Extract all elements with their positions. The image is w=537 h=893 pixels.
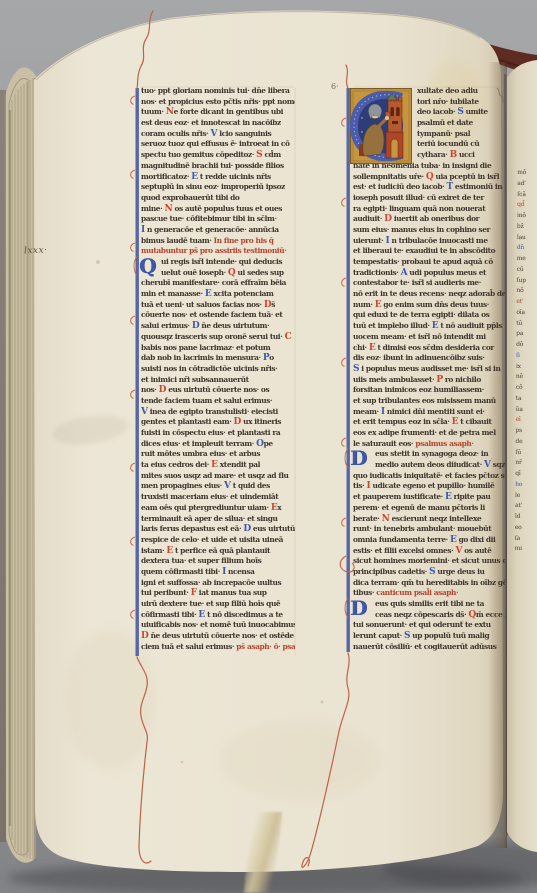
text-segment: septuplū in sinu eoz· improperiū ipsoz — [141, 182, 285, 191]
text-line: uiuificabis nos· et nomē tuū inuocabimus… — [141, 620, 295, 631]
plinth-door — [391, 139, 398, 158]
text-segment: pe — [264, 439, 273, 448]
versal-initial: D — [384, 214, 391, 224]
text-line: ui regis isr̄l intende· qui deducis — [141, 257, 295, 268]
versal-initial: D — [159, 385, 166, 395]
text-segment: babis nos pane lacrimaz· et potum — [141, 343, 270, 352]
text-segment: cythara· — [417, 150, 450, 159]
versal-initial: Q — [468, 610, 475, 620]
text-line: V inea de egipto transtulisti· eiecisti — [141, 407, 295, 418]
right-text-column: xultate deo adiutori nr̄o· iubilatedeo i… — [353, 86, 505, 652]
text-segment: contestabor te· isr̄l si audieris me· — [353, 278, 481, 287]
text-segment: xcita potenciam — [211, 289, 273, 298]
edge-text-fragment: lau — [517, 232, 537, 243]
text-segment: t perfice eā quā plantauit — [173, 546, 270, 555]
edge-text-fragment: nē — [516, 372, 537, 383]
text-line: fuisti in cōspectu eius· et plantasti ra — [141, 428, 295, 439]
text-segment: t redde uicinis nr̄is — [198, 172, 271, 181]
text-segment: ui sedes sup — [235, 268, 283, 277]
text-line: pascue tue· cōfitebimur tibi in sc̄lm· — [141, 214, 295, 225]
text-line: nos· et propicius esto pc̄tis nr̄is· ppt… — [141, 97, 295, 108]
edge-text-fragment: ſcā — [517, 189, 537, 200]
text-line: est· et iudiciū deo iacob· T estimoniū i… — [353, 182, 505, 193]
text-segment: nauerūt cōsiliū· et cogitauerūt adūsus — [353, 642, 496, 651]
text-segment: ra egipti· linguam quā non nouerat — [353, 204, 485, 213]
text-segment: deo iacob· — [417, 107, 457, 116]
edge-text-fragment: le — [515, 490, 536, 501]
text-line: dica terram· qm̄ tu hereditabis in oībz … — [353, 578, 505, 589]
text-line: bimus laudē tuam· In fine pro his q̄ — [141, 236, 295, 247]
text-line: eos ex adipe frumenti· et de petra mel — [353, 428, 505, 439]
text-line: et liberaui te· exaudiui te in abscōdito — [353, 246, 505, 257]
text-line: igni et suffossa· ab increpacōe uultus — [141, 578, 295, 589]
versal-initial: B — [450, 150, 457, 160]
versal-initial: V — [224, 481, 231, 491]
text-segment: uelut ouē ioseph· — [161, 268, 228, 277]
text-segment: cherubī manifestare· corā effraīm bēia — [141, 278, 286, 287]
text-line: et pauperem iustificate· E ripite pau — [353, 492, 505, 503]
text-segment: go dixi dii — [456, 535, 495, 544]
text-segment: ceas neqz cōpescaris ds̄· — [375, 610, 468, 619]
edge-text-fragment: mō — [517, 168, 537, 179]
text-segment: mortificatoz· — [141, 172, 191, 181]
edge-text-fragment: dn̄ — [517, 243, 537, 254]
text-line: mites suos usqz ad mare· et usqz ad flu — [141, 471, 295, 482]
text-segment: go enim sum dn̄s deus tuus· — [381, 300, 489, 309]
text-line: contestabor te· isr̄l si audieris me· — [353, 278, 505, 289]
text-segment: tuo· ppt gloriam nominis tui· dn̄e liber… — [141, 86, 290, 95]
text-segment: sum eius· manus eius in cophino ser — [353, 225, 490, 234]
text-segment: o — [269, 353, 274, 362]
text-line: quem cōfirmasti tibi· I ncensa — [141, 567, 295, 578]
edge-text-fragment: īd — [515, 512, 536, 523]
text-segment: n generacōe et generacōe· annūcia — [145, 225, 279, 234]
rubric-text: mutabuntur ps̄ pro assiriis testimoniū· — [141, 246, 286, 255]
text-segment: xultate deo adiu — [417, 86, 478, 95]
text-segment: tradictionis· — [353, 268, 401, 277]
text-segment: ucci — [457, 150, 475, 159]
text-segment: est deus eoz· et innotescat in nacōibz — [141, 118, 281, 127]
text-segment: estimoniū in — [453, 182, 503, 191]
text-segment: et inimici nr̄i subsannauerūt — [141, 375, 249, 384]
pen-initial-D: D — [350, 448, 370, 470]
text-segment: tis· — [353, 481, 367, 490]
text-line: omnia fundamenta terre· E go dixi dii — [353, 535, 505, 546]
text-line: et erit tempus eoz in sc̄la· E t cibauit — [353, 417, 505, 428]
text-line: tibus· canticum psal̄i asaph· — [353, 588, 505, 599]
text-segment: umite — [463, 107, 487, 116]
text-line: suisti nos in cōtradictōe uicinis nr̄is· — [141, 364, 295, 375]
text-segment: runt· in tenebris ambulant· mouebūt — [353, 524, 491, 533]
text-line: terminauit eā aper de silua· et singu — [141, 514, 295, 525]
text-line: qui eduxi te de terra egipti· dilata os — [353, 310, 505, 321]
versal-initial: V — [484, 460, 491, 470]
illuminated-initial-art — [350, 88, 412, 164]
text-segment: ciem tuā et salui erimus· — [141, 642, 236, 651]
text-segment: terminauit eā aper de silua· et singu — [141, 514, 277, 523]
edge-text-fragment: nō — [516, 286, 537, 297]
text-line: cōfirmasti tibi· E t nō discedimus a te — [141, 610, 295, 621]
text-line: et sup tribulantes eos misissem manū — [353, 396, 505, 407]
text-line: uiis meis ambulasset· P ro nichilo — [353, 375, 505, 386]
text-segment: chi· — [353, 343, 369, 352]
edge-text-fragment: oīa — [516, 308, 537, 319]
text-line: tis· I udicate egeno et pupillo· humilē — [353, 481, 505, 492]
text-line: tuā et ueni· ut saluos facias nos· Ds̄ — [141, 300, 295, 311]
text-segment: os autē — [462, 546, 491, 555]
text-segment: qui eduxi te de terra egipti· dilata os — [353, 310, 489, 319]
edge-text-fragment: cū — [517, 265, 537, 276]
text-segment: n tribulacōe inuocasti me — [389, 236, 487, 245]
edge-text-fragment: me — [517, 254, 537, 265]
text-line: le saturauit eos· psalmus asaph· — [353, 439, 505, 450]
text-segment: eus quis similis erit tibi ne ta — [375, 599, 484, 608]
text-line: quo iudicatis iniquitatē· et facies pc̄t… — [353, 471, 505, 482]
text-segment: magnitudinē brachii tui· posside filios — [141, 161, 284, 170]
text-segment: cd̄m — [262, 150, 280, 159]
text-segment: quo iudicatis iniquitatē· et facies pc̄t… — [353, 471, 505, 480]
text-segment: s̄ — [271, 300, 275, 309]
figure-hand — [385, 116, 389, 120]
text-segment: uia pceptū in isr̄l — [433, 172, 499, 181]
text-segment: dices eius· et impleuit terram· — [141, 439, 256, 448]
edge-text-fragment: qd̄ — [517, 200, 537, 211]
text-segment: ioseph posuit illud· cū exiret de ter — [353, 193, 484, 202]
edge-text-fragment: ſa — [515, 533, 536, 544]
text-segment: uocem meam· et isr̄l nō intendit mi — [353, 332, 486, 341]
edge-text-fragment: ſi — [516, 351, 537, 362]
text-line: laris ferus depastus est eā· D eus uirtu… — [141, 524, 295, 535]
edge-text-fragment: bz̄ — [517, 222, 537, 233]
text-line: et inimici nr̄i subsannauerūt — [141, 375, 295, 386]
text-segment: ux itineris — [241, 417, 281, 426]
text-line: coram oculis nr̄is· V lcio sanguinis — [141, 129, 295, 140]
edge-text-fragment: ũa — [516, 404, 537, 415]
text-segment: xtendit pal — [218, 460, 260, 469]
text-line: uelut ouē ioseph· Q ui sedes sup — [141, 268, 295, 279]
edge-text-fragment: ta — [516, 394, 537, 405]
text-segment: sqz — [491, 460, 505, 469]
text-line: audiuit· D iuertit ab oneribus dor — [353, 214, 505, 225]
text-segment: tympanū· psal — [417, 129, 470, 138]
text-segment: bimus laudē tuam· — [141, 236, 214, 245]
text-segment: tende faciem tuam et salui erimus· — [141, 396, 272, 405]
text-segment: meam· — [353, 407, 381, 416]
text-line: truxisti maceriam eius· et uindemiāt — [141, 492, 295, 503]
text-segment: mine· — [141, 204, 164, 213]
text-segment: audiuit· — [353, 214, 384, 223]
text-line: berate· N escierunt neqz intellexe — [353, 514, 505, 525]
rubric-text: In fine pro his q̄ — [214, 236, 274, 245]
versal-initial: D — [234, 417, 241, 427]
text-segment: quod exprobauerūt tibi do — [141, 193, 239, 202]
text-line: estis· et filii excelsi omnes· V os autē — [353, 546, 505, 557]
text-line: mortificatoz· E t redde uicinis nr̄is — [141, 172, 295, 183]
text-segment: x — [277, 503, 281, 512]
text-segment: omnia fundamenta terre· — [353, 535, 450, 544]
text-line: num· E go enim sum dn̄s deus tuus· — [353, 300, 505, 311]
text-segment: mites suos usqz ad mare· et usqz ad flu — [141, 471, 288, 480]
text-line: eus quis similis erit tibi ne ta — [353, 599, 505, 610]
text-segment: dextera tua· et super filium hoīs — [141, 556, 261, 565]
versal-initial: O — [256, 439, 263, 449]
edge-text-fragment: tū — [516, 318, 537, 329]
text-segment: medio autem deos diiudicat· — [375, 460, 484, 469]
text-segment: suisti nos in cōtradictōe uicinis nr̄is· — [141, 364, 277, 373]
text-line: septuplū in sinu eoz· improperiū ipsoz — [141, 182, 295, 193]
text-segment: et pauperem iustificate· — [353, 492, 445, 501]
text-segment: ta eius cedros dei· — [141, 460, 211, 469]
text-segment: ruit mōtes umbra eius· et arbus — [141, 449, 260, 458]
versal-initial: V — [141, 407, 148, 417]
edge-text-fragment: qī — [515, 469, 536, 480]
text-line: dices eius· et impleuit terram· Ope — [141, 439, 295, 450]
text-line: mine· N os autē populus tuus et oues — [141, 204, 295, 215]
text-segment: num· — [353, 300, 375, 309]
text-segment: quousqz irasceris sup oronē serui tui· — [141, 332, 285, 341]
text-line: cherubī manifestare· corā effraīm bēia — [141, 278, 295, 289]
text-line: dab nob in lacrimis in mensura· Po — [141, 353, 295, 364]
text-line: quousqz irasceris sup oronē serui tui· C — [141, 332, 295, 343]
text-line: sollempnitatis ur̄e· Q uia pceptū in isr… — [353, 172, 505, 183]
text-line: sum eius· manus eius in cophino ser — [353, 225, 505, 236]
text-segment: eus uirtutū — [251, 524, 295, 533]
text-segment: est· et iudiciū deo iacob· — [353, 182, 446, 191]
text-segment: perem· et egenū de manu pc̄toris li — [353, 503, 485, 512]
text-line: uierunt· I n tribulacōe inuocasti me — [353, 236, 505, 247]
text-segment: gentes et plantasti eam· — [141, 417, 234, 426]
text-segment: nō erit in te deus recens· neqz adorab̄ … — [353, 289, 505, 298]
text-line: sicut homines moriemini· et sicut unus d… — [353, 556, 505, 567]
page-text-layer: lxxx· 6· tuo· ppt gloriam nominis tui· d… — [0, 0, 537, 893]
text-line: tuū et implebo illud· E t nō audiuit pp̄… — [353, 321, 505, 332]
edge-text-fragment: ſup — [517, 275, 537, 286]
text-segment: uiuificabis nos· et nomē tuū inuocabimus… — [141, 620, 295, 629]
text-line: I n generacōe et generacōe· annūcia — [141, 225, 295, 236]
edge-text-fragment: ad' — [517, 179, 537, 190]
text-line: men propagines eius· V t quid des — [141, 481, 295, 492]
text-line: gentes et plantasti eam· D ux itineris — [141, 417, 295, 428]
facing-page-text-fragments: mōad'ſcāqd̄inōbz̄laudn̄mecūſupnōet'oīatū… — [515, 168, 537, 555]
edge-text-fragment: de — [515, 437, 536, 448]
versal-initial: C — [285, 332, 292, 342]
text-segment: principibus cadetis· — [353, 567, 429, 576]
edge-text-fragment: eo — [515, 523, 536, 534]
text-segment: ncensa — [226, 567, 255, 576]
edge-text-fragment: ps — [515, 426, 536, 437]
text-segment: men propagines eius· — [141, 481, 224, 490]
text-segment: eos ex adipe frumenti· et de petra mel — [353, 428, 496, 437]
text-segment: inea de egipto transtulisti· eiecisti — [148, 407, 278, 416]
text-segment: dica terram· qm̄ tu hereditabis in oībz … — [353, 578, 505, 587]
text-line: meam· I nimici dn̄i mentiti sunt ei· — [353, 407, 505, 418]
text-line: tempestatis· probaui te apud aquā cō — [353, 257, 505, 268]
text-line: seruoz tuoz qui effusus ē· introeat in c… — [141, 139, 295, 150]
text-segment: urge deus iu — [435, 567, 484, 576]
text-line: runt· in tenebris ambulant· mouebūt — [353, 524, 505, 535]
edge-text-fragment: eī — [516, 415, 537, 426]
edge-text-fragment: dō — [516, 340, 537, 351]
text-segment: teriū iocundū cū — [417, 139, 479, 148]
text-line: tuum· Ne forte dicant in gentibus ubi — [141, 107, 295, 118]
text-line: medio autem deos diiudicat· V sqz — [353, 460, 505, 471]
text-line: magnitudinē brachii tui· posside filios — [141, 161, 295, 172]
text-segment: forsitan inimicos eoz humiliassem· — [353, 385, 484, 394]
text-segment: psalmū et date — [417, 118, 473, 127]
text-segment: tuā et ueni· ut saluos facias nos· — [141, 300, 264, 309]
text-segment: nos· — [141, 385, 159, 394]
pen-initial-D: D — [350, 598, 370, 620]
edge-text-fragment: mi — [515, 544, 536, 555]
text-segment: uierunt· — [353, 236, 385, 245]
text-segment: estis· et filii excelsi omnes· — [353, 546, 455, 555]
text-segment: escierunt neqz intellexe — [389, 514, 481, 523]
edge-text-fragment: nr̄ — [515, 458, 536, 469]
text-segment: uiis meis ambulasset· — [353, 375, 436, 384]
text-segment: et erit tempus eoz in sc̄la· — [353, 417, 452, 426]
text-segment: n̄e deus uirtutum· — [199, 321, 269, 330]
versal-initial: N — [166, 107, 174, 117]
text-segment: tui peribunt· — [141, 588, 191, 597]
text-segment: laris ferus depastus est eā· — [141, 524, 243, 533]
text-line: quod exprobauerūt tibi do — [141, 193, 295, 204]
text-segment: pascue tue· cōfitebimur tibi in sc̄lm· — [141, 214, 277, 223]
text-segment: nimici dn̄i mentiti sunt ei· — [385, 407, 485, 416]
edge-text-fragment: ix — [516, 361, 537, 372]
text-line: est deus eoz· et innotescat in nacōibz — [141, 118, 295, 129]
text-line: S i populus meus audisset me· isr̄l si i… — [353, 364, 505, 375]
text-line: respice de celo· et uide et uisita uineā — [141, 535, 295, 546]
edge-text-fragment: ſū — [515, 447, 536, 458]
folio-number-note: lxxx· — [24, 246, 48, 257]
text-segment: e forte dicant in gentibus ubi — [174, 107, 283, 116]
text-segment: nos· et propicius esto pc̄tis nr̄is· ppt… — [141, 97, 295, 106]
text-line: ra egipti· linguam quā non nouerat — [353, 204, 505, 215]
pen-initial-Q: Q — [139, 256, 159, 278]
text-segment: tuum· — [141, 107, 166, 116]
text-line: nō erit in te deus recens· neqz adorab̄ … — [353, 289, 505, 300]
edge-text-fragment: ho — [515, 480, 536, 491]
text-line: eus stetit in synagoga deoz· in — [353, 449, 505, 460]
text-segment: et liberaui te· exaudiui te in abscōdito — [353, 246, 495, 255]
edge-text-fragment: inō — [517, 211, 537, 222]
text-segment: n̄e deus uirtutū cōuerte nos· et ostēde … — [148, 631, 295, 640]
text-segment: cōfirmasti tibi· — [141, 610, 198, 619]
text-segment: igni et suffossa· ab increpacōe uultus — [141, 578, 281, 587]
text-segment: salui erimus· — [141, 321, 192, 330]
text-line: nauerūt cōsiliū· et cogitauerūt adūsus — [353, 642, 505, 653]
text-segment: sicut homines moriemini· et sicut unus d… — [353, 556, 505, 565]
rubric-text: canticum psal̄i asaph· — [376, 588, 458, 597]
text-line: min et manasse· E xcita potenciam — [141, 289, 295, 300]
text-segment: coram oculis nr̄is· — [141, 129, 210, 138]
text-line: lerunt caput· S up populū tuū malig — [353, 631, 505, 642]
left-text-column: tuo· ppt gloriam nominis tui· dn̄e liber… — [141, 86, 295, 652]
text-line: perem· et egenū de manu pc̄toris li — [353, 503, 505, 514]
text-line: tui peribunt· F iat manus tua sup — [141, 588, 295, 599]
text-segment: dis eoz· ibunt in adinuencōibz suis· — [353, 353, 485, 362]
text-segment: t nō audiuit pp̄ls — [438, 321, 502, 330]
text-segment: fuisti in cōspectu eius· et plantasti ra — [141, 428, 280, 437]
text-segment: lcio sanguinis — [217, 129, 271, 138]
text-segment: udicate egeno et pupillo· humilē — [370, 481, 494, 490]
rubric-text: ps̄ asaph· ō· psal̄i· — [236, 642, 295, 651]
text-line: mutabuntur ps̄ pro assiriis testimoniū· — [141, 246, 295, 257]
edge-text-fragment: at' — [515, 501, 536, 512]
text-segment: min et manasse· — [141, 289, 205, 298]
text-line: tende faciem tuam et salui erimus· — [141, 396, 295, 407]
text-line: chi· E t dimisi eos sc̄dm desideria cor — [353, 343, 505, 354]
text-segment: eus stetit in synagoga deoz· in — [375, 449, 488, 458]
text-segment: iuertit ab oneribus dor — [392, 214, 479, 223]
edge-text-fragment: pa — [516, 329, 537, 340]
text-segment: i populus meus audisset me· isr̄l si in — [359, 364, 500, 373]
text-line: forsitan inimicos eoz humiliassem· — [353, 385, 505, 396]
text-segment: sollempnitatis ur̄e· — [353, 172, 426, 181]
text-segment: eam oēs qui ptergrediuntur uiam· — [141, 503, 271, 512]
text-line: eam oēs qui ptergrediuntur uiam· Ex — [141, 503, 295, 514]
text-line: babis nos pane lacrimaz· et potum — [141, 343, 295, 354]
text-segment: uirū dextere tue· et sup filiū hoīs quē — [141, 599, 280, 608]
text-segment: seruoz tuoz qui effusus ē· introeat in c… — [141, 139, 289, 148]
text-line: tuo· ppt gloriam nominis tui· dn̄e liber… — [141, 86, 295, 97]
text-line: tui sonuerunt· et qui oderunt te extu — [353, 620, 505, 631]
text-segment: ui regis isr̄l intende· qui deducis — [161, 257, 282, 266]
text-segment: udi populus meus et — [407, 268, 486, 277]
text-segment: quem cōfirmasti tibi· — [141, 567, 222, 576]
text-line: ruit mōtes umbra eius· et arbus — [141, 449, 295, 460]
text-segment: dab nob in lacrimis in mensura· — [141, 353, 263, 362]
rubric-text: psalmus asaph· — [415, 439, 473, 448]
text-line: uirū dextere tue· et sup filiū hoīs quē — [141, 599, 295, 610]
edge-text-fragment: et' — [516, 297, 537, 308]
text-segment: lerunt caput· — [353, 631, 404, 640]
text-line: nos· D eus uirtutū cōuerte nos· os — [141, 385, 295, 396]
text-segment: t quid des — [231, 481, 270, 490]
text-segment: truxisti maceriam eius· et uindemiāt — [141, 492, 278, 501]
text-line: tradictionis· A udi populus meus et — [353, 268, 505, 279]
edge-text-fragment: cō — [516, 383, 537, 394]
text-line: spectu tuo gemitus cōpeditoz· S cd̄m — [141, 150, 295, 161]
text-line: ioseph posuit illud· cū exiret de ter — [353, 193, 505, 204]
text-segment: t nō discedimus a te — [205, 610, 283, 619]
text-segment: os autē populus tuus et oues — [172, 204, 282, 213]
text-line: uocem meam· et isr̄l nō intendit mi — [353, 332, 505, 343]
text-segment: tuū et implebo illud· — [353, 321, 432, 330]
text-segment: cōuerte nos· et ostende faciem tuā· et — [141, 310, 282, 319]
illuminated-initial-E — [350, 88, 412, 164]
text-segment: berate· — [353, 514, 382, 523]
text-segment: m̄ ecce inimici — [476, 610, 505, 619]
text-segment: tempestatis· probaui te apud aquā cō — [353, 257, 493, 266]
text-segment: istam· — [141, 546, 166, 555]
text-segment: tui sonuerunt· et qui oderunt te extu — [353, 620, 491, 629]
text-segment: tori nr̄o· iubilate — [417, 97, 479, 106]
text-line: istam· E t perfice eā quā plantauit — [141, 546, 295, 557]
text-segment: et sup tribulantes eos misissem manū — [353, 396, 496, 405]
text-line: principibus cadetis· S urge deus iu — [353, 567, 505, 578]
quire-mark: 6· — [331, 82, 339, 91]
text-line: salui erimus· D n̄e deus uirtutum· — [141, 321, 295, 332]
text-segment: up populū tuū malig — [410, 631, 489, 640]
text-segment: ro nichilo — [443, 375, 481, 384]
text-line: D n̄e deus uirtutū cōuerte nos· et ostēd… — [141, 631, 295, 642]
text-line: ciem tuā et salui erimus· ps̄ asaph· ō· … — [141, 642, 295, 653]
text-line: ceas neqz cōpescaris ds̄· Qm̄ ecce inimi… — [353, 610, 505, 621]
versal-initial: D — [243, 524, 250, 534]
text-segment: spectu tuo gemitus cōpeditoz· — [141, 150, 256, 159]
text-segment: ripite pau — [451, 492, 490, 501]
